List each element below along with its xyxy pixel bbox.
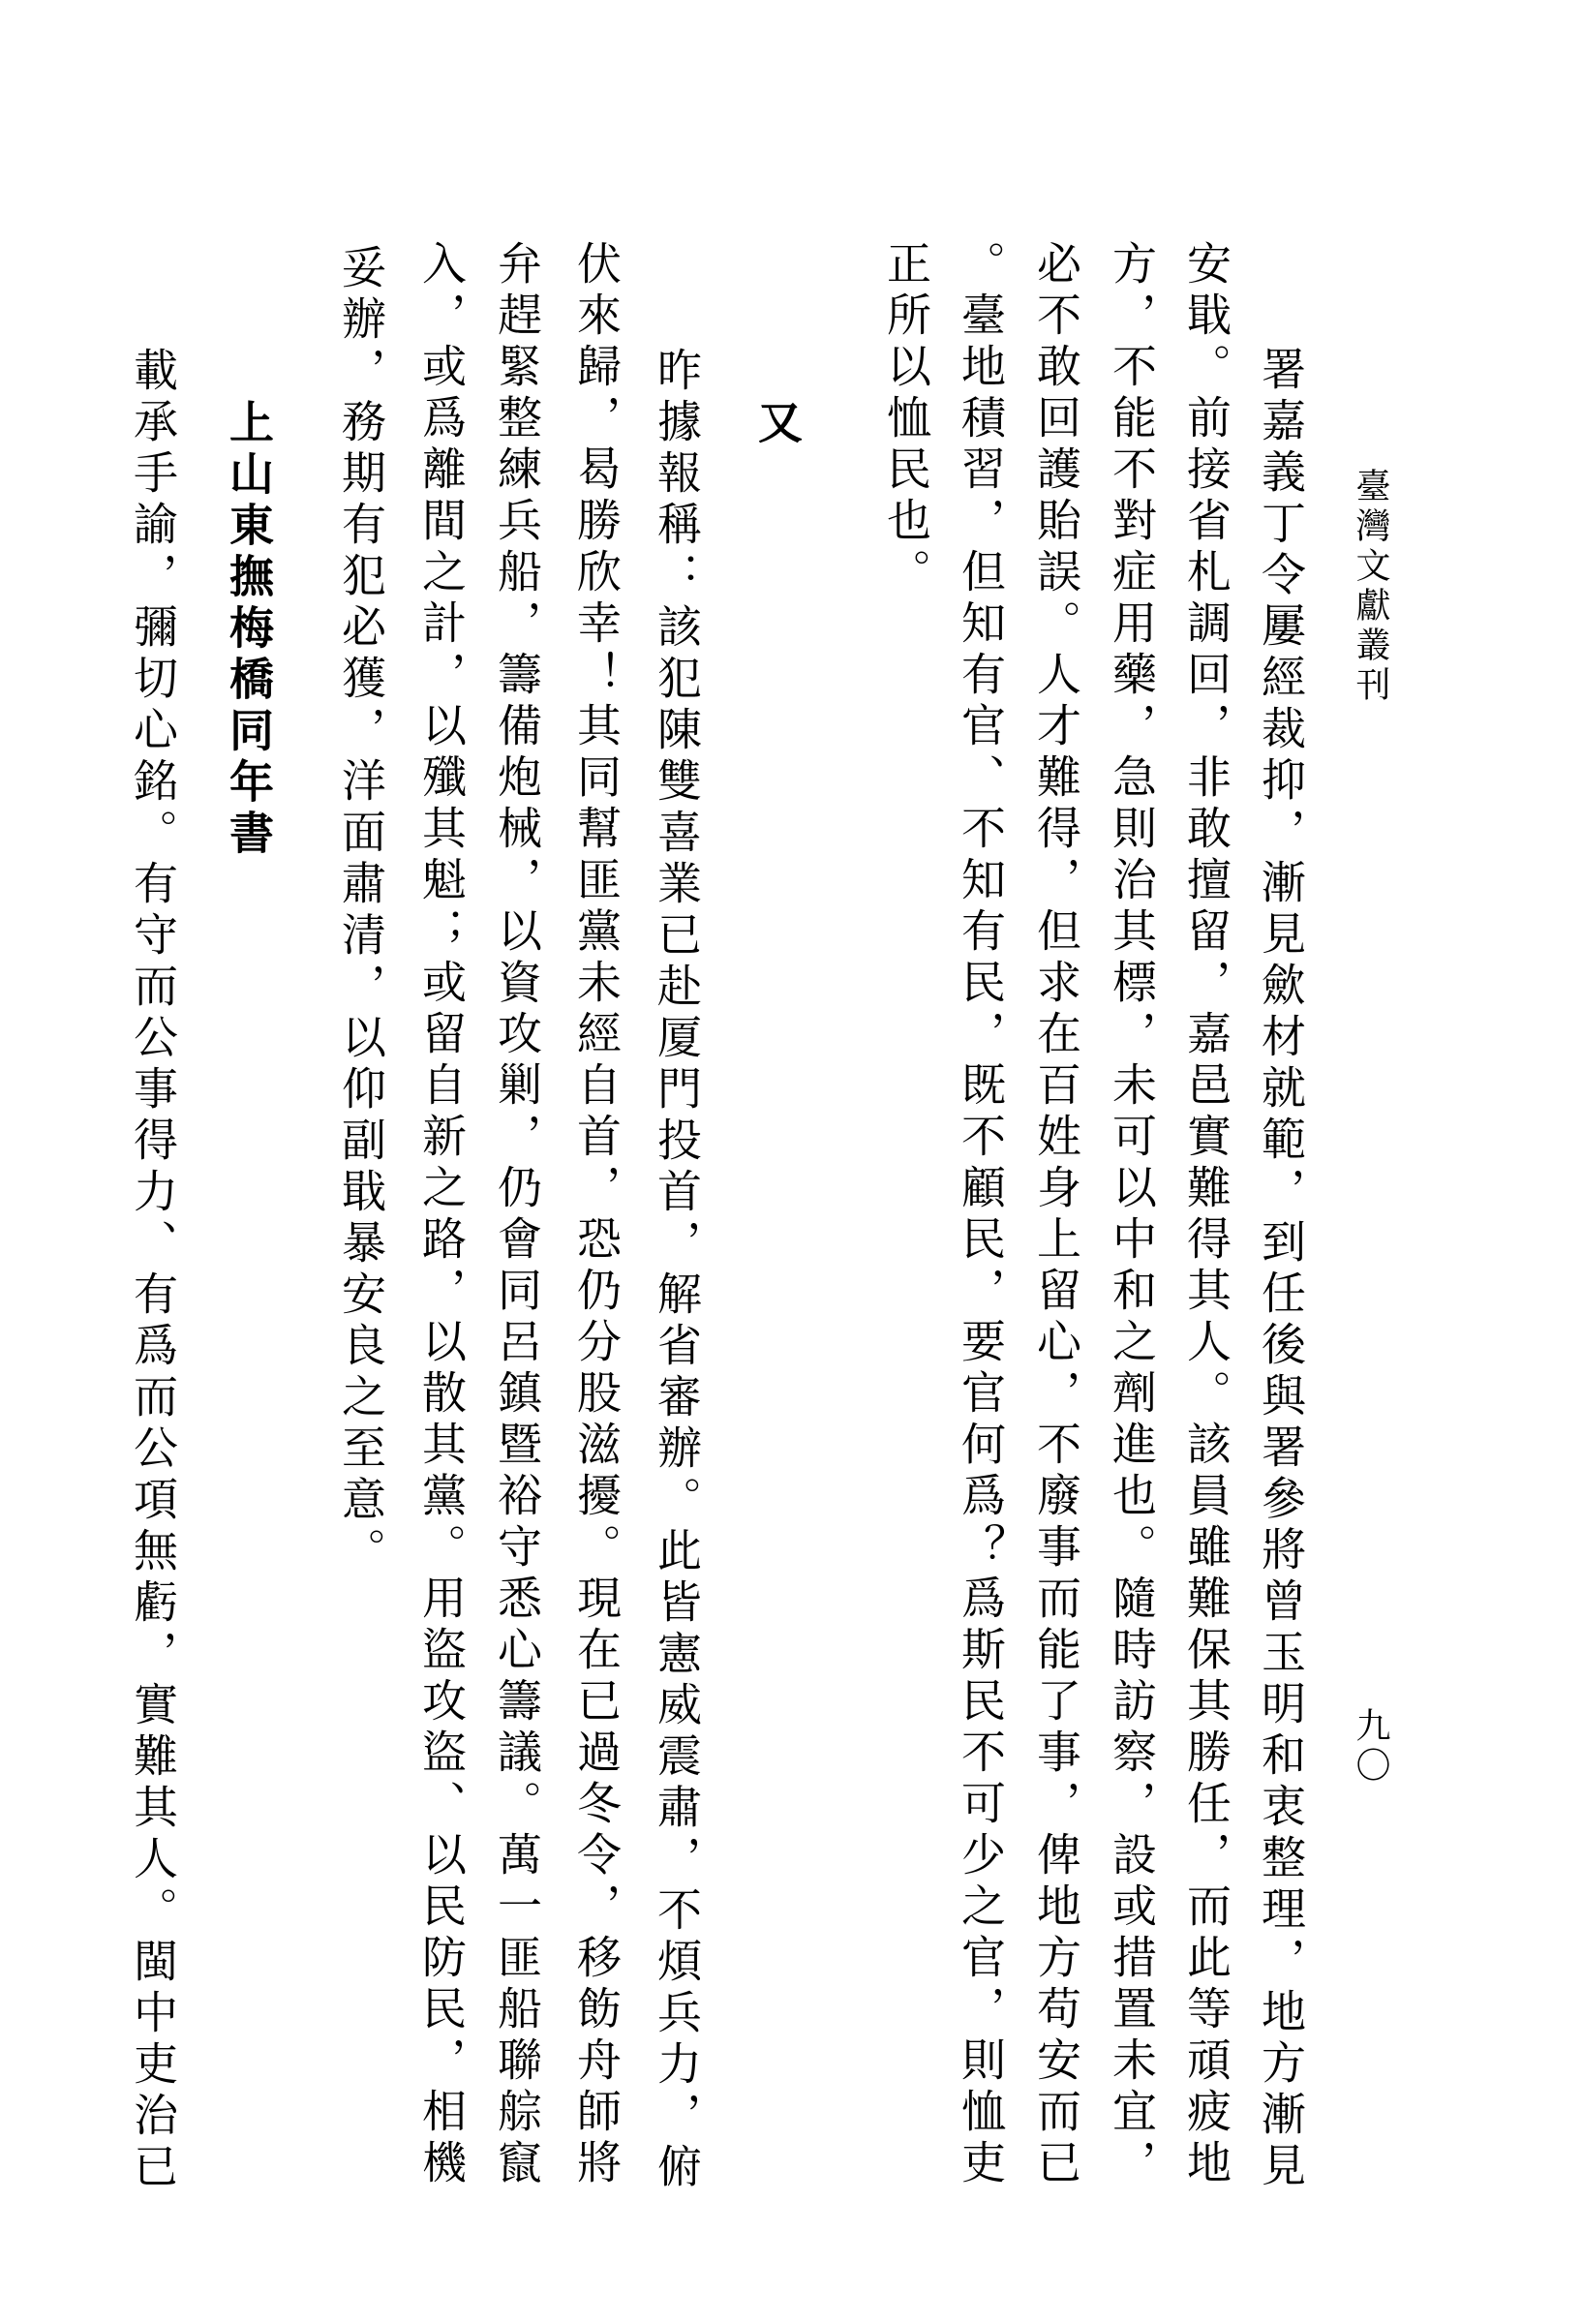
letter1-column-5: 。臺地積習，但知有官、不知有民，既不顧民，要官何爲？爲斯民不可少之官，則恤吏: [955, 240, 1005, 2190]
letter2-heading: 又: [751, 399, 802, 450]
letter2-column-3: 弁趕緊整練兵船，籌備炮械，以資攻剿，仍會同呂鎮暨裕守悉心籌議。萬一匪船聯䑸竄: [491, 240, 541, 2190]
letter2-column-2: 伏來歸，曷勝欣幸！其同幫匪黨未經自首，恐仍分股滋擾。現在已過冬令，移飭舟師將: [570, 240, 621, 2190]
scanned-page: 臺灣文獻叢刊 九〇 署嘉義丁令屢經裁抑，漸見歛材就範，到任後與署參將曾玉明和衷整…: [0, 0, 1582, 2324]
letter1-column-1: 署嘉義丁令屢經裁抑，漸見歛材就範，到任後與署參將曾玉明和衷整理，地方漸見: [1255, 346, 1305, 2193]
letter1-column-6: 正所以恤民也。: [880, 240, 930, 599]
letter1-column-3: 方，不能不對症用藥，急則治其標，未可以中和之劑進也。隨時訪察，設或措置未宜，: [1106, 240, 1156, 2190]
letter3-heading: 上山東撫梅橋同年書: [223, 399, 273, 861]
letter1-column-4: 必不敢回護貽誤。人才難得，但求在百姓身上留心，不廢事而能了事，俾地方苟安而已: [1030, 240, 1080, 2190]
page-number: 九〇: [1352, 1707, 1390, 1787]
letter1-column-2: 安戢。前接省札調回，非敢擅留，嘉邑實難得其人。該員雖難保其勝任，而此等頑疲地: [1180, 240, 1231, 2190]
letter2-column-5: 妥辦，務期有犯必獲，洋面肅清，以仰副戢暴安良之至意。: [335, 244, 385, 1578]
series-title: 臺灣文獻叢刊: [1352, 468, 1390, 706]
letter3-column-1: 載承手諭，彌切心銘。有守而公事得力、有爲而公項無虧，實難其人。閩中吏治已: [127, 347, 177, 2194]
letter2-column-4: 入，或爲離間之計，以殲其魁；或留自新之路，以散其黨。用盜攻盜、以民防民，相機: [415, 240, 466, 2190]
letter2-column-1: 昨據報稱：該犯陳雙喜業已赴厦門投首，解省審辦。此皆憲威震肅，不煩兵力，俯: [651, 347, 701, 2194]
